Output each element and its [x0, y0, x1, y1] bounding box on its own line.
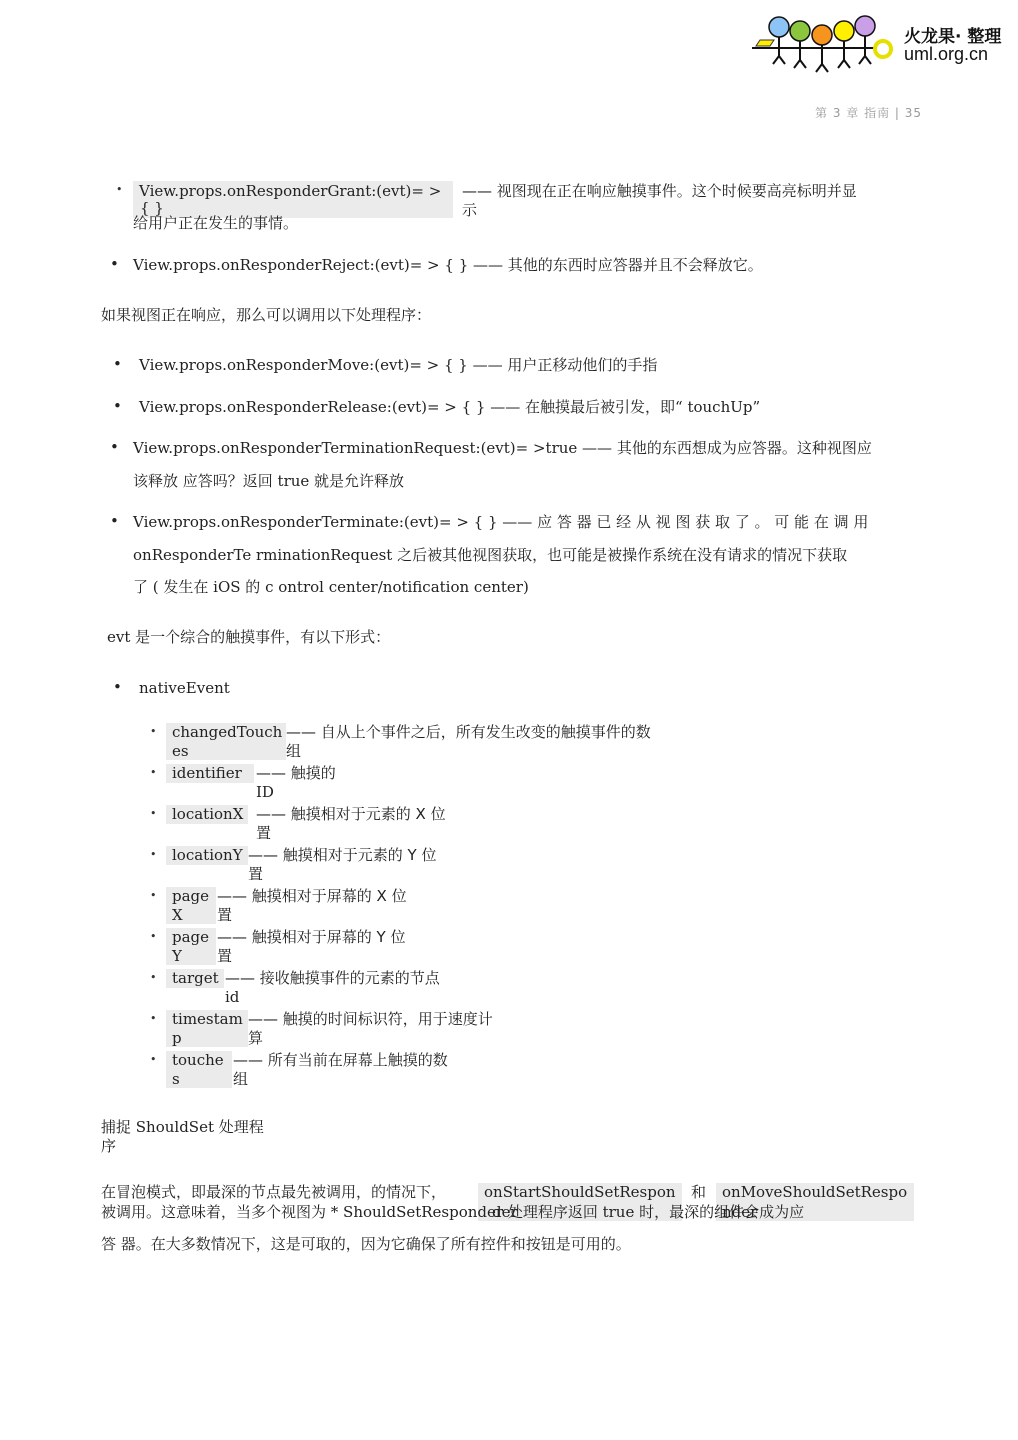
field-desc: —— 触摸的	[256, 764, 336, 783]
field-name: page	[172, 928, 209, 947]
page-number: 第 3 章 指南 | 35	[815, 104, 922, 121]
grant-desc: —— 视图现在正在响应触摸事件。这个时候要高亮标明并显	[462, 182, 857, 201]
stick-figures-logo-icon	[748, 12, 898, 74]
reject-text: View.props.onResponderReject:(evt)= > { …	[133, 256, 763, 275]
field-desc-wrap: 置	[256, 824, 271, 843]
field-desc-wrap: 组	[233, 1070, 248, 1089]
code-grant-text: View.props.onResponderGrant:(evt)= >	[139, 182, 441, 201]
field-name: timestam	[172, 1010, 243, 1029]
field-desc: —— 自从上个事件之后，所有发生改变的触摸事件的数	[286, 723, 651, 742]
bullet-icon: •	[113, 397, 122, 415]
code-on-move-should-set-responder: onMoveShouldSetRespo	[722, 1183, 907, 1202]
brand-url: uml.org.cn	[904, 44, 988, 65]
evt-intro: evt 是一个综合的触摸事件，有以下形式：	[107, 628, 390, 647]
field-desc: —— 所有当前在屏幕上触摸的数	[233, 1051, 448, 1070]
field-desc: —— 触摸相对于元素的 X 位	[256, 805, 446, 824]
bullet-icon: •	[110, 512, 119, 530]
bullet-icon: •	[110, 438, 119, 456]
field-desc: —— 接收触摸事件的元素的节点	[225, 969, 440, 988]
field-name-wrap: s	[172, 1070, 180, 1089]
field-desc: —— 触摸相对于屏幕的 Y 位	[217, 928, 405, 947]
move-text: View.props.onResponderMove:(evt)= > { } …	[139, 356, 657, 375]
section-heading-wrap: 序	[101, 1137, 116, 1156]
field-desc: —— 触摸相对于屏幕的 X 位	[217, 887, 407, 906]
bullet-icon: •	[116, 183, 123, 196]
field-desc-wrap: id	[225, 988, 239, 1007]
field-name-wrap: Y	[172, 947, 182, 966]
field-name: target	[172, 969, 219, 988]
grant-desc-wrap: 示	[462, 201, 477, 220]
terminate-line3: 了 ( 发生在 iOS 的 c ontrol center/notificati…	[133, 578, 529, 597]
bullet-icon: •	[150, 971, 157, 984]
para-line2: 被调用。这意味着，当多个视图为 * ShouldSetResponder 处理程…	[101, 1203, 804, 1222]
termination-request-line2: 该释放 应答吗？返回 true 就是允许释放	[133, 472, 404, 491]
release-text: View.props.onResponderRelease:(evt)= > {…	[139, 398, 760, 417]
field-name-wrap: p	[172, 1029, 182, 1048]
field-name-wrap: es	[172, 742, 189, 761]
field-name: locationX	[172, 805, 243, 824]
bullet-icon: •	[150, 1012, 157, 1025]
para-line1-prefix: 在冒泡模式，即最深的节点最先被调用，的情况下，	[101, 1183, 446, 1202]
bullet-icon: •	[150, 766, 157, 779]
section-heading: 捕捉 ShouldSet 处理程	[101, 1118, 264, 1137]
field-desc-wrap: 置	[217, 947, 232, 966]
field-name-wrap: X	[172, 906, 183, 925]
terminate-line2: onResponderTe rminationRequest 之后被其他视图获取…	[133, 546, 847, 565]
field-desc-wrap: 算	[248, 1029, 263, 1048]
bullet-icon: •	[110, 255, 119, 273]
grant-continuation: 给用户正在发生的事情。	[133, 214, 298, 233]
para-line3: 答 器。在大多数情况下，这是可取的，因为它确保了所有控件和按钮是可用的。	[101, 1235, 631, 1254]
field-desc-wrap: 置	[217, 906, 232, 925]
field-desc: —— 触摸相对于元素的 Y 位	[248, 846, 436, 865]
and-word: 和	[691, 1183, 706, 1202]
native-event-label: nativeEvent	[139, 679, 230, 698]
termination-request-text: View.props.onResponderTerminationRequest…	[133, 439, 872, 458]
bullet-icon: •	[150, 1053, 157, 1066]
field-name: changedTouch	[172, 723, 282, 742]
bullet-icon: •	[113, 355, 122, 373]
field-desc: —— 触摸的时间标识符，用于速度计	[248, 1010, 493, 1029]
field-desc-wrap: 置	[248, 865, 263, 884]
field-desc-wrap: 组	[286, 742, 301, 761]
code-on-start-should-set-responder: onStartShouldSetRespon	[484, 1183, 676, 1202]
bullet-icon: •	[150, 889, 157, 902]
logo	[748, 12, 898, 74]
bullet-icon: •	[150, 930, 157, 943]
bullet-icon: •	[150, 807, 157, 820]
bullet-icon: •	[150, 848, 157, 861]
field-desc-wrap: ID	[256, 783, 274, 802]
intro-handlers: 如果视图正在响应，那么可以调用以下处理程序：	[101, 306, 431, 325]
bullet-icon: •	[150, 725, 157, 738]
terminate-text: View.props.onResponderTerminate:(evt)= >…	[133, 513, 868, 532]
field-name: locationY	[172, 846, 243, 865]
field-name: touche	[172, 1051, 224, 1070]
bullet-icon: •	[113, 678, 122, 696]
field-name: page	[172, 887, 209, 906]
field-name: identifier	[172, 764, 242, 783]
